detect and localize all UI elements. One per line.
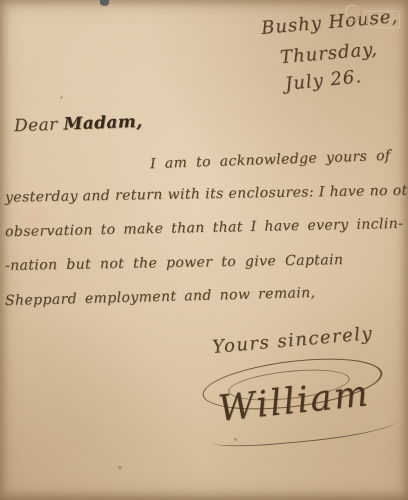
ink-speck bbox=[100, 0, 109, 6]
salutation-dear: Dear bbox=[14, 115, 58, 137]
embossed-mark bbox=[366, 11, 400, 28]
body-line: I am to acknowledge yours of bbox=[150, 148, 391, 172]
body-line: Sheppard employment and now remain, bbox=[5, 285, 316, 309]
paper-speck bbox=[118, 466, 122, 469]
paper-speck bbox=[60, 96, 63, 99]
closing-line: Yours sincerely bbox=[211, 323, 374, 358]
letter-photo: Bushy House, Thursday, July 26. DearMada… bbox=[0, 0, 408, 500]
salutation-madam: Madam, bbox=[63, 112, 143, 135]
body-line: observation to make than that I have eve… bbox=[5, 216, 403, 240]
signature-block: William bbox=[192, 355, 402, 450]
heading-date: July 26. bbox=[284, 66, 363, 95]
paper-stain bbox=[16, 204, 54, 234]
heading-day: Thursday, bbox=[279, 39, 378, 68]
paper-speck bbox=[234, 438, 237, 441]
embossed-seal bbox=[344, 4, 361, 21]
salutation: DearMadam, bbox=[14, 112, 143, 136]
body-line: -nation but not the power to give Captai… bbox=[5, 252, 344, 274]
body-line: yesterday and return with its enclosures… bbox=[5, 182, 408, 205]
